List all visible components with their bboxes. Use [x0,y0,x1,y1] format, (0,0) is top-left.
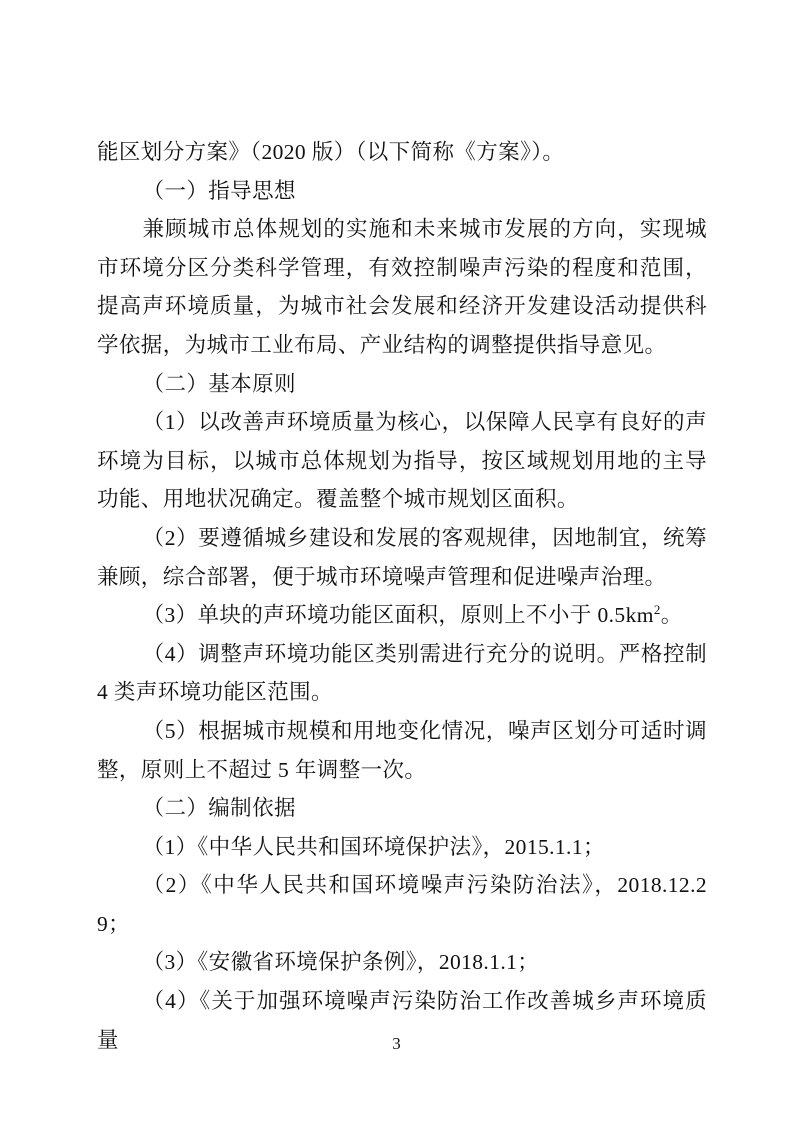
section-heading-basic-principles: （二）基本原则 [97,365,707,404]
paragraph-principle-5: （5）根据城市规模和用地变化情况，噪声区划分可适时调整，原则上不超过 5 年调整… [97,712,707,789]
paragraph-continuation: 能区划分方案》（2020 版）（以下简称《方案》）。 [97,133,707,172]
document-page: 能区划分方案》（2020 版）（以下简称《方案》）。 （一）指导思想 兼顾城市总… [0,0,793,1122]
page-number: 3 [0,1032,793,1056]
paragraph-principle-4: （4）调整声环境功能区类别需进行充分的说明。严格控制 4 类声环境功能区范围。 [97,635,707,712]
paragraph-text: （3）单块的声环境功能区面积，原则上不小于 0.5km [143,603,654,627]
superscript-exponent: 2 [654,602,661,617]
paragraph-text: 。 [661,603,683,627]
paragraph-principle-3: （3）单块的声环境功能区面积，原则上不小于 0.5km2。 [97,596,707,635]
paragraph-basis-1: （1）《中华人民共和国环境保护法》，2015.1.1； [97,828,707,867]
section-heading-guiding-ideology: （一）指导思想 [97,172,707,211]
paragraph-principle-1: （1）以改善声环境质量为核心，以保障人民享有良好的声环境为目标，以城市总体规划为… [97,403,707,519]
paragraph-guiding-ideology-body: 兼顾城市总体规划的实施和未来城市发展的方向，实现城市环境分区分类科学管理，有效控… [97,210,707,364]
paragraph-principle-2: （2）要遵循城乡建设和发展的客观规律，因地制宜，统筹兼顾，综合部署，便于城市环境… [97,519,707,596]
paragraph-basis-2: （2）《中华人民共和国环境噪声污染防治法》，2018.12.29； [97,866,707,943]
paragraph-basis-3: （3）《安徽省环境保护条例》，2018.1.1； [97,943,707,982]
document-body: 能区划分方案》（2020 版）（以下简称《方案》）。 （一）指导思想 兼顾城市总… [97,133,707,1059]
section-heading-compilation-basis: （二）编制依据 [97,789,707,828]
